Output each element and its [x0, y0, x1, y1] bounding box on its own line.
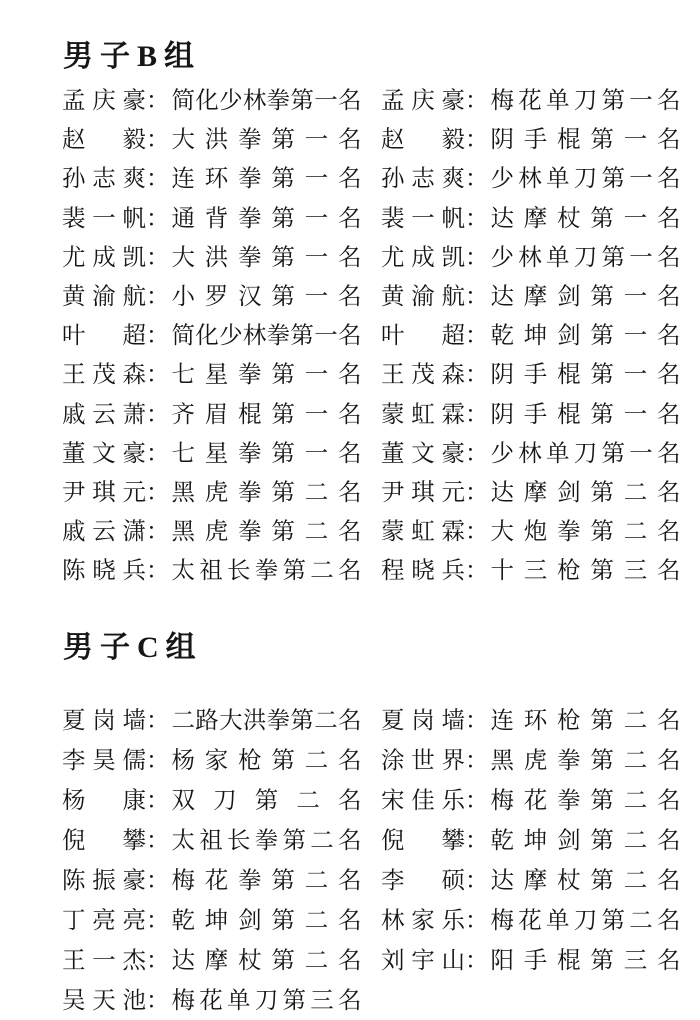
colon-separator: ： — [146, 127, 170, 154]
event-result: 达摩杖第二名 — [172, 948, 362, 975]
athlete-name: 夏岗墙 — [381, 708, 465, 735]
event-result: 阴手棍第一名 — [491, 362, 681, 389]
event-result: 乾坤剑第二名 — [172, 908, 362, 935]
athlete-name: 涂世界 — [381, 748, 465, 775]
colon-separator: ： — [146, 323, 170, 350]
event-result: 连环枪第二名 — [491, 708, 681, 735]
athlete-name: 黄渝航 — [381, 284, 465, 311]
event-result: 少林单刀第一名 — [491, 166, 681, 193]
athlete-name: 尤成凯 — [381, 245, 465, 272]
result-entry-left: 陈振豪 ： 梅花拳第二名 — [62, 868, 364, 895]
colon-separator: ： — [465, 245, 489, 272]
colon-separator: ： — [146, 402, 170, 429]
athlete-name: 黄渝航 — [62, 284, 146, 311]
colon-separator: ： — [465, 748, 489, 775]
event-result: 齐眉棍第一名 — [172, 402, 362, 429]
athlete-name: 蒙虹霖 — [381, 519, 465, 546]
result-entry-right: 叶超 ： 乾坤剑第一名 — [381, 323, 683, 350]
colon-separator: ： — [465, 166, 489, 193]
result-row: 赵毅 ： 大洪拳第一名 赵毅 ： 阴手棍第一名 — [0, 121, 700, 160]
event-result: 简化少林拳第一名 — [172, 88, 362, 115]
colon-separator: ： — [465, 948, 489, 975]
colon-separator: ： — [146, 828, 170, 855]
athlete-name: 陈振豪 — [62, 868, 146, 895]
result-row: 王一杰 ： 达摩杖第二名 刘宇山 ： 阳手棍第三名 — [0, 941, 700, 981]
result-entry-left: 戚云潇 ： 黑虎拳第二名 — [62, 519, 364, 546]
athlete-name: 孟庆豪 — [62, 88, 146, 115]
event-result: 达摩剑第二名 — [491, 480, 681, 507]
event-result: 阳手棍第三名 — [491, 948, 681, 975]
athlete-name: 董文豪 — [381, 441, 465, 468]
result-entry-right: 董文豪 ： 少林单刀第一名 — [381, 441, 683, 468]
result-entry-right: 孟庆豪 ： 梅花单刀第一名 — [381, 88, 683, 115]
event-result: 乾坤剑第一名 — [491, 323, 681, 350]
result-entry-left: 吴天池 ： 梅花单刀第三名 — [62, 988, 364, 1015]
result-row: 陈振豪 ： 梅花拳第二名 李硕 ： 达摩杖第二名 — [0, 862, 700, 902]
result-entry-left: 赵毅 ： 大洪拳第一名 — [62, 127, 364, 154]
athlete-name: 夏岗墙 — [62, 708, 146, 735]
event-result: 黑虎拳第二名 — [491, 748, 681, 775]
event-result: 少林单刀第一名 — [491, 441, 681, 468]
result-entry-right: 刘宇山 ： 阳手棍第三名 — [381, 948, 683, 975]
event-result: 梅花拳第二名 — [491, 788, 681, 815]
result-row: 夏岗墙 ： 二路大洪拳第二名 夏岗墙 ： 连环枪第二名 — [0, 702, 700, 742]
result-row: 丁亮亮 ： 乾坤剑第二名 林家乐 ： 梅花单刀第二名 — [0, 901, 700, 941]
athlete-name: 尹琪元 — [62, 480, 146, 507]
result-entry-right: 涂世界 ： 黑虎拳第二名 — [381, 748, 683, 775]
event-result: 二路大洪拳第二名 — [172, 708, 362, 735]
colon-separator: ： — [146, 948, 170, 975]
result-entry-left: 丁亮亮 ： 乾坤剑第二名 — [62, 908, 364, 935]
result-entry-left: 王一杰 ： 达摩杖第二名 — [62, 948, 364, 975]
event-result: 阴手棍第一名 — [491, 402, 681, 429]
athlete-name: 戚云萧 — [62, 402, 146, 429]
result-entry-left: 董文豪 ： 七星拳第一名 — [62, 441, 364, 468]
colon-separator: ： — [465, 402, 489, 429]
group-c-rows: 夏岗墙 ： 二路大洪拳第二名 夏岗墙 ： 连环枪第二名 李昊儒 ： 杨家枪第二名… — [0, 702, 700, 1020]
colon-separator: ： — [465, 708, 489, 735]
colon-separator: ： — [146, 708, 170, 735]
colon-separator: ： — [465, 788, 489, 815]
result-row: 黄渝航 ： 小罗汉第一名 黄渝航 ： 达摩剑第一名 — [0, 278, 700, 317]
result-entry-left: 尹琪元 ： 黑虎拳第二名 — [62, 480, 364, 507]
result-entry-right: 程晓兵 ： 十三枪第三名 — [381, 558, 683, 585]
colon-separator: ： — [465, 868, 489, 895]
result-entry-left: 孙志爽 ： 连环拳第一名 — [62, 166, 364, 193]
athlete-name: 林家乐 — [381, 908, 465, 935]
colon-separator: ： — [465, 127, 489, 154]
event-result: 达摩杖第一名 — [491, 206, 681, 233]
athlete-name: 倪攀 — [62, 828, 146, 855]
event-result: 大炮拳第二名 — [491, 519, 681, 546]
result-entry-left: 叶超 ： 简化少林拳第一名 — [62, 323, 364, 350]
event-result: 七星拳第一名 — [172, 362, 362, 389]
colon-separator: ： — [465, 88, 489, 115]
event-result: 梅花单刀第三名 — [172, 988, 362, 1015]
athlete-name: 赵毅 — [381, 127, 465, 154]
colon-separator: ： — [146, 166, 170, 193]
athlete-name: 王茂森 — [381, 362, 465, 389]
athlete-name: 李硕 — [381, 868, 465, 895]
colon-separator: ： — [146, 988, 170, 1015]
result-entry-right: 林家乐 ： 梅花单刀第二名 — [381, 908, 683, 935]
colon-separator: ： — [146, 441, 170, 468]
group-c-title: 男子C组 — [63, 633, 203, 663]
result-row: 杨康 ： 双刀第二名 宋佳乐 ： 梅花拳第二名 — [0, 782, 700, 822]
colon-separator: ： — [146, 88, 170, 115]
results-document: 男子B组 孟庆豪 ： 简化少林拳第一名 孟庆豪 ： 梅花单刀第一名 赵毅 ： 大… — [0, 0, 700, 1020]
event-result: 乾坤剑第二名 — [491, 828, 681, 855]
result-entry-right: 裴一帆 ： 达摩杖第一名 — [381, 206, 683, 233]
result-row: 裴一帆 ： 通背拳第一名 裴一帆 ： 达摩杖第一名 — [0, 200, 700, 239]
colon-separator: ： — [146, 480, 170, 507]
colon-separator: ： — [146, 206, 170, 233]
colon-separator: ： — [146, 788, 170, 815]
result-entry-right: 李硕 ： 达摩杖第二名 — [381, 868, 683, 895]
colon-separator: ： — [146, 558, 170, 585]
athlete-name: 程晓兵 — [381, 558, 465, 585]
event-result: 梅花拳第二名 — [172, 868, 362, 895]
result-entry-right: 黄渝航 ： 达摩剑第一名 — [381, 284, 683, 311]
colon-separator: ： — [465, 519, 489, 546]
event-result: 梅花单刀第一名 — [491, 88, 681, 115]
athlete-name: 孙志爽 — [381, 166, 465, 193]
result-entry-right: 尤成凯 ： 少林单刀第一名 — [381, 245, 683, 272]
colon-separator: ： — [465, 480, 489, 507]
colon-separator: ： — [465, 284, 489, 311]
athlete-name: 吴天池 — [62, 988, 146, 1015]
colon-separator: ： — [146, 748, 170, 775]
result-entry-right: 倪攀 ： 乾坤剑第二名 — [381, 828, 683, 855]
event-result: 杨家枪第二名 — [172, 748, 362, 775]
athlete-name: 董文豪 — [62, 441, 146, 468]
result-entry-left: 陈晓兵 ： 太祖长拳第二名 — [62, 558, 364, 585]
athlete-name: 戚云潇 — [62, 519, 146, 546]
colon-separator: ： — [465, 323, 489, 350]
result-row: 尤成凯 ： 大洪拳第一名 尤成凯 ： 少林单刀第一名 — [0, 239, 700, 278]
colon-separator: ： — [465, 362, 489, 389]
colon-separator: ： — [146, 868, 170, 895]
event-result: 十三枪第三名 — [491, 558, 681, 585]
colon-separator: ： — [146, 284, 170, 311]
result-row: 戚云潇 ： 黑虎拳第二名 蒙虹霖 ： 大炮拳第二名 — [0, 513, 700, 552]
colon-separator: ： — [146, 519, 170, 546]
athlete-name: 叶超 — [62, 323, 146, 350]
athlete-name: 杨康 — [62, 788, 146, 815]
athlete-name: 叶超 — [381, 323, 465, 350]
result-row: 董文豪 ： 七星拳第一名 董文豪 ： 少林单刀第一名 — [0, 435, 700, 474]
athlete-name: 王一杰 — [62, 948, 146, 975]
colon-separator: ： — [465, 206, 489, 233]
result-row: 孙志爽 ： 连环拳第一名 孙志爽 ： 少林单刀第一名 — [0, 160, 700, 199]
event-result: 少林单刀第一名 — [491, 245, 681, 272]
event-result: 七星拳第一名 — [172, 441, 362, 468]
result-entry-left: 戚云萧 ： 齐眉棍第一名 — [62, 402, 364, 429]
result-entry-left: 夏岗墙 ： 二路大洪拳第二名 — [62, 708, 364, 735]
result-entry-left: 杨康 ： 双刀第二名 — [62, 788, 364, 815]
event-result: 梅花单刀第二名 — [491, 908, 681, 935]
event-result: 黑虎拳第二名 — [172, 480, 362, 507]
event-result: 太祖长拳第二名 — [172, 828, 362, 855]
result-row: 王茂森 ： 七星拳第一名 王茂森 ： 阴手棍第一名 — [0, 356, 700, 395]
event-result: 连环拳第一名 — [172, 166, 362, 193]
athlete-name: 孟庆豪 — [381, 88, 465, 115]
result-entry-left: 黄渝航 ： 小罗汉第一名 — [62, 284, 364, 311]
athlete-name: 赵毅 — [62, 127, 146, 154]
result-row: 倪攀 ： 太祖长拳第二名 倪攀 ： 乾坤剑第二名 — [0, 822, 700, 862]
result-entry-left: 倪攀 ： 太祖长拳第二名 — [62, 828, 364, 855]
athlete-name: 尹琪元 — [381, 480, 465, 507]
result-entry-left: 王茂森 ： 七星拳第一名 — [62, 362, 364, 389]
athlete-name: 李昊儒 — [62, 748, 146, 775]
athlete-name: 陈晓兵 — [62, 558, 146, 585]
athlete-name: 尤成凯 — [62, 245, 146, 272]
result-entry-right: 夏岗墙 ： 连环枪第二名 — [381, 708, 683, 735]
athlete-name: 裴一帆 — [62, 206, 146, 233]
colon-separator: ： — [146, 908, 170, 935]
result-entry-right: 蒙虹霖 ： 大炮拳第二名 — [381, 519, 683, 546]
result-row: 李昊儒 ： 杨家枪第二名 涂世界 ： 黑虎拳第二名 — [0, 742, 700, 782]
result-entry-left: 裴一帆 ： 通背拳第一名 — [62, 206, 364, 233]
event-result: 大洪拳第一名 — [172, 245, 362, 272]
result-row: 叶超 ： 简化少林拳第一名 叶超 ： 乾坤剑第一名 — [0, 317, 700, 356]
result-entry-right: 赵毅 ： 阴手棍第一名 — [381, 127, 683, 154]
colon-separator: ： — [465, 441, 489, 468]
athlete-name: 丁亮亮 — [62, 908, 146, 935]
result-row: 尹琪元 ： 黑虎拳第二名 尹琪元 ： 达摩剑第二名 — [0, 474, 700, 513]
event-result: 达摩剑第一名 — [491, 284, 681, 311]
colon-separator: ： — [465, 558, 489, 585]
athlete-name: 王茂森 — [62, 362, 146, 389]
result-row: 陈晓兵 ： 太祖长拳第二名 程晓兵 ： 十三枪第三名 — [0, 552, 700, 591]
athlete-name: 倪攀 — [381, 828, 465, 855]
group-b-rows: 孟庆豪 ： 简化少林拳第一名 孟庆豪 ： 梅花单刀第一名 赵毅 ： 大洪拳第一名… — [0, 82, 700, 591]
event-result: 小罗汉第一名 — [172, 284, 362, 311]
colon-separator: ： — [465, 908, 489, 935]
result-entry-right: 蒙虹霖 ： 阴手棍第一名 — [381, 402, 683, 429]
athlete-name: 宋佳乐 — [381, 788, 465, 815]
athlete-name: 孙志爽 — [62, 166, 146, 193]
result-entry-right: 王茂森 ： 阴手棍第一名 — [381, 362, 683, 389]
result-entry-left: 尤成凯 ： 大洪拳第一名 — [62, 245, 364, 272]
event-result: 黑虎拳第二名 — [172, 519, 362, 546]
event-result: 通背拳第一名 — [172, 206, 362, 233]
group-b-title: 男子B组 — [63, 42, 201, 72]
event-result: 简化少林拳第一名 — [172, 323, 362, 350]
event-result: 达摩杖第二名 — [491, 868, 681, 895]
event-result: 大洪拳第一名 — [172, 127, 362, 154]
event-result: 阴手棍第一名 — [491, 127, 681, 154]
colon-separator: ： — [146, 362, 170, 389]
result-entry-right: 尹琪元 ： 达摩剑第二名 — [381, 480, 683, 507]
result-entry-right: 宋佳乐 ： 梅花拳第二名 — [381, 788, 683, 815]
result-entry-left: 李昊儒 ： 杨家枪第二名 — [62, 748, 364, 775]
event-result: 太祖长拳第二名 — [172, 558, 362, 585]
event-result: 双刀第二名 — [172, 788, 362, 815]
result-entry-left: 孟庆豪 ： 简化少林拳第一名 — [62, 88, 364, 115]
athlete-name: 刘宇山 — [381, 948, 465, 975]
colon-separator: ： — [146, 245, 170, 272]
colon-separator: ： — [465, 828, 489, 855]
result-entry-right: 孙志爽 ： 少林单刀第一名 — [381, 166, 683, 193]
result-row: 吴天池 ： 梅花单刀第三名 — [0, 981, 700, 1020]
result-row: 孟庆豪 ： 简化少林拳第一名 孟庆豪 ： 梅花单刀第一名 — [0, 82, 700, 121]
athlete-name: 裴一帆 — [381, 206, 465, 233]
result-row: 戚云萧 ： 齐眉棍第一名 蒙虹霖 ： 阴手棍第一名 — [0, 396, 700, 435]
athlete-name: 蒙虹霖 — [381, 402, 465, 429]
